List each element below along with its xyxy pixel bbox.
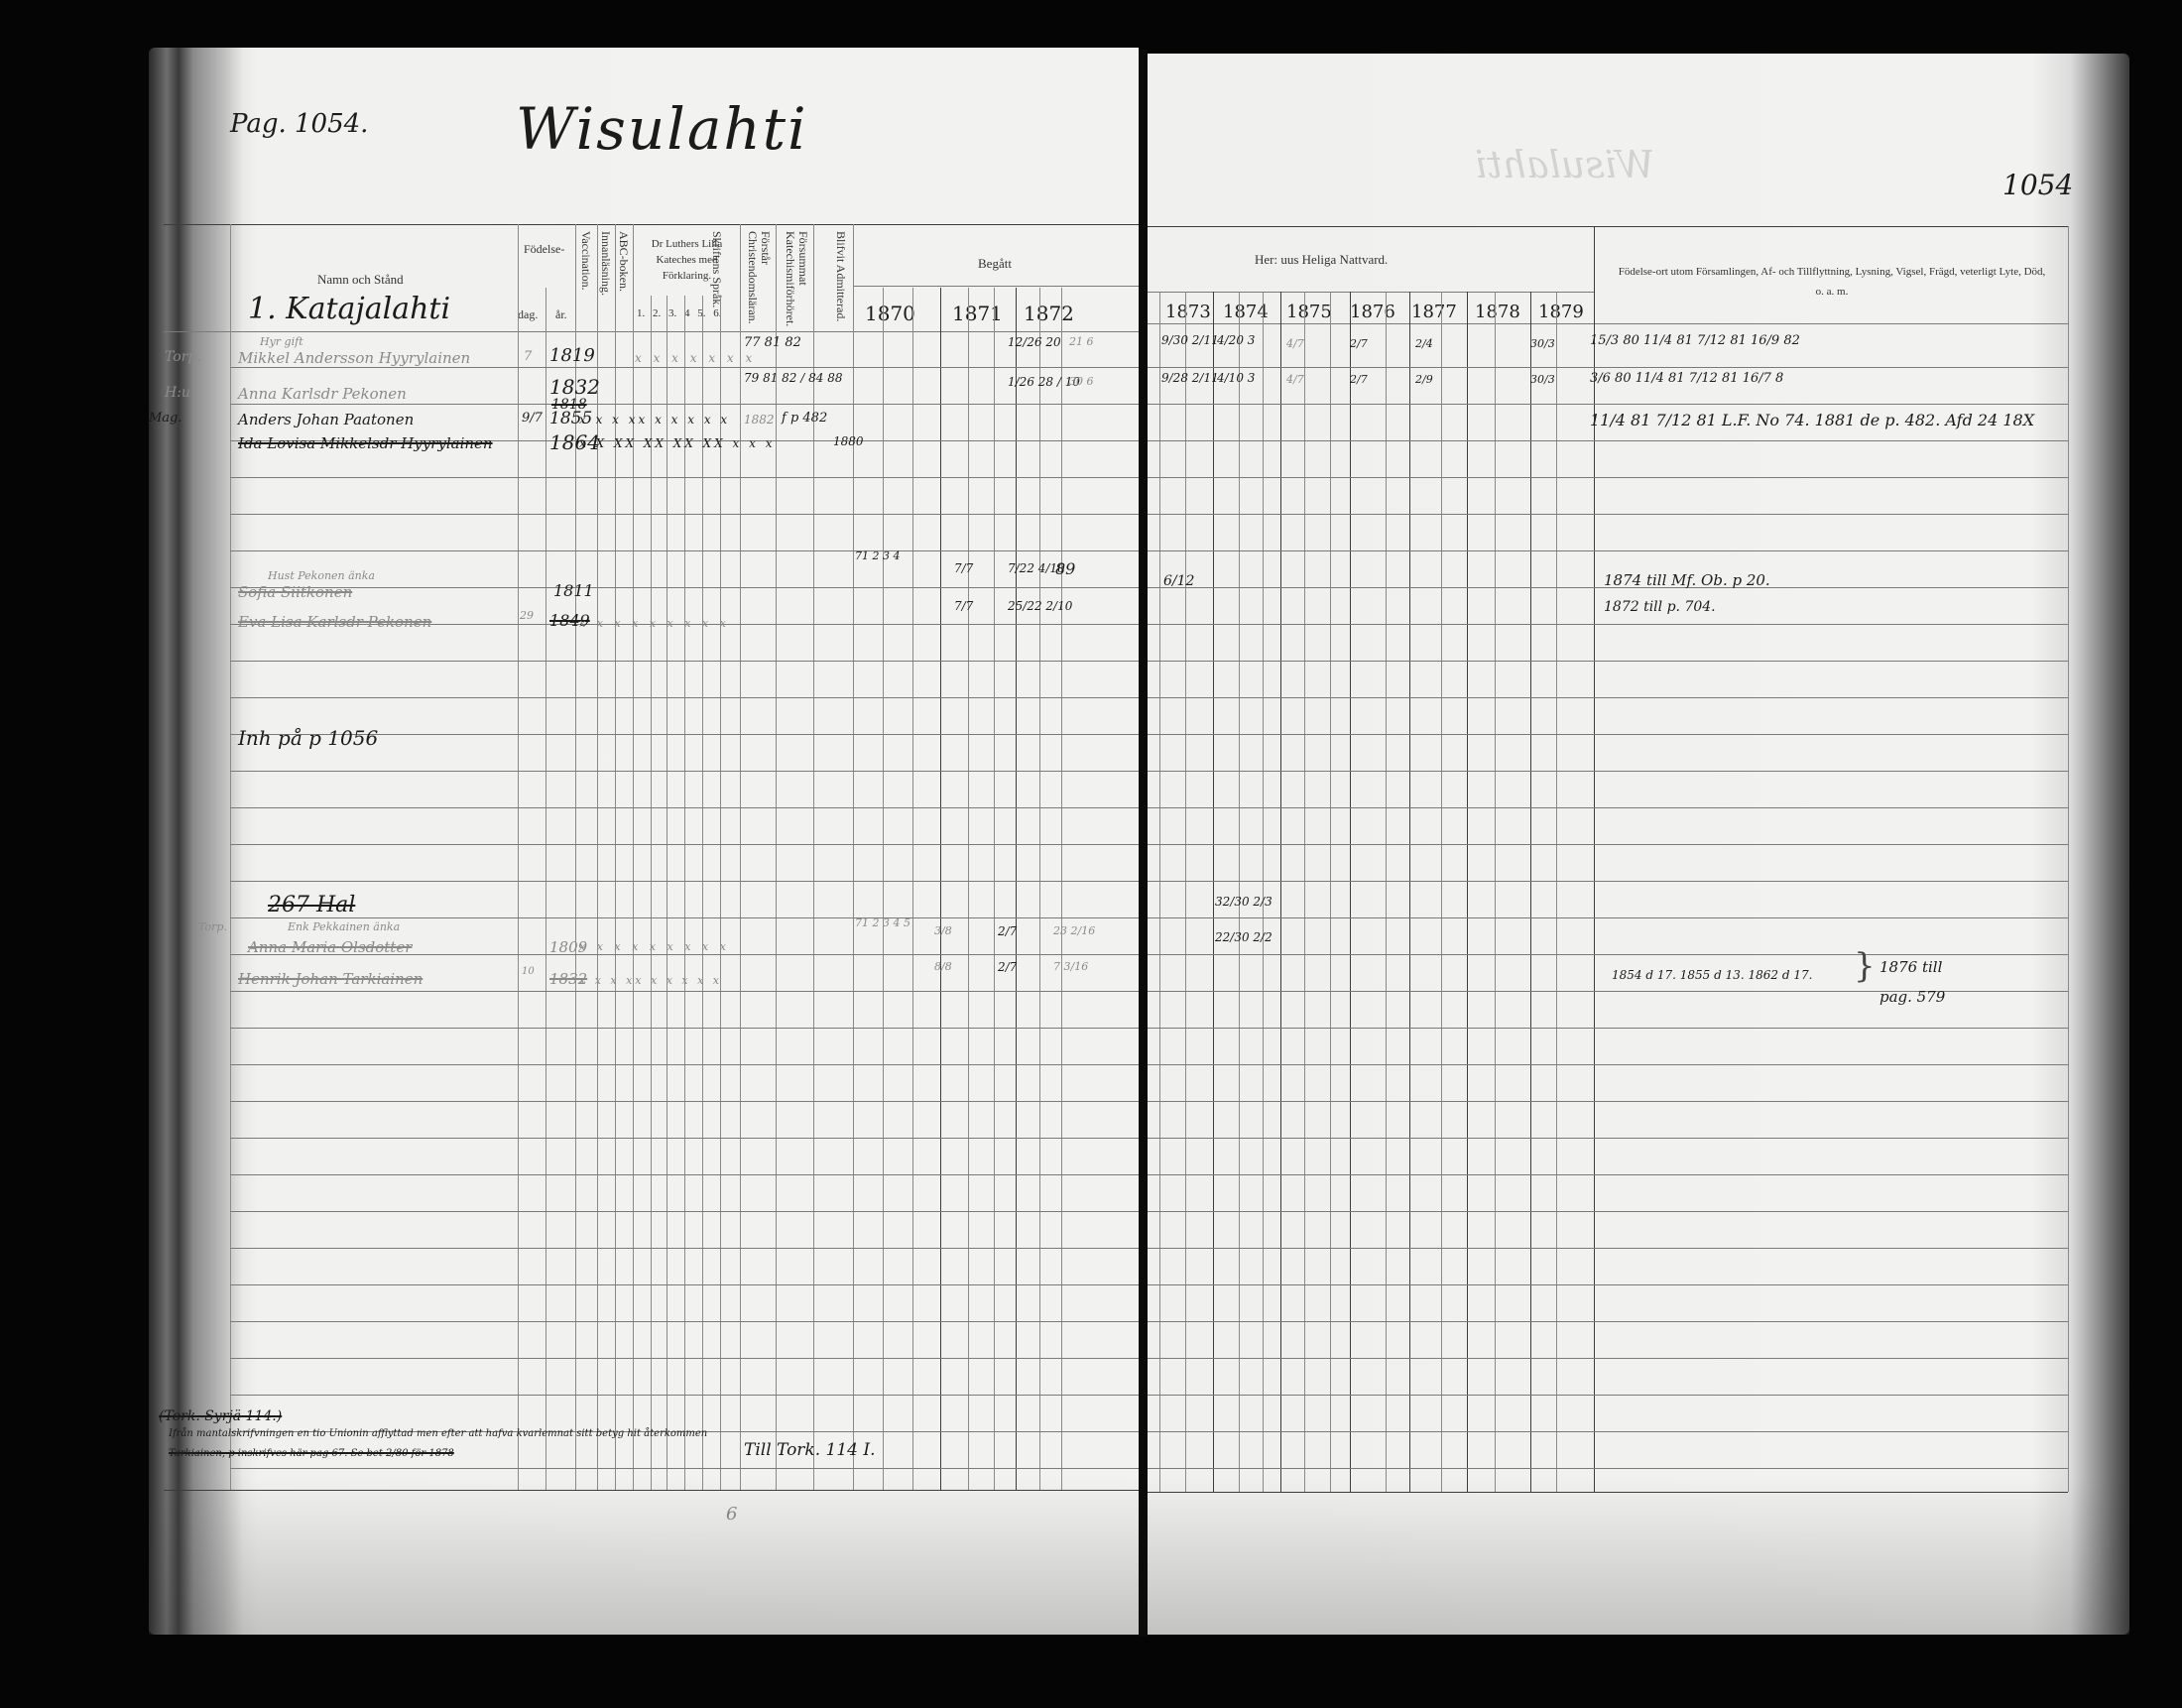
years-rule [853,286,1139,287]
birth-year: 1811 [553,581,594,600]
catechism-marks: x x x x x x x [635,351,756,365]
row-rule [230,1101,1139,1102]
year-1872: 1872 [1024,302,1074,325]
catechism-hearing: 71 2 3 4 5 [855,916,910,929]
row-rule [1148,661,2068,662]
year-1871: 1871 [952,302,1003,325]
communion-entry: 4/7 [1286,337,1304,350]
remark-entry: 1876 till pag. 579 [1879,952,1979,1012]
birth-year: 1819 [549,345,595,366]
footnote-text-struck: Tarkiainen, p inskrifves här pag 67. Se … [169,1448,454,1459]
struck-heading: 267 Hal [268,893,355,917]
row-rule [1148,1321,2068,1322]
col-rule [1159,292,1160,1492]
remark-entry: 15/3 80 11/4 81 7/12 81 16/9 82 [1590,333,1800,348]
row-rule [230,991,1139,992]
row-rule [1148,624,2068,625]
household-heading: 1. Katajalahti [248,292,450,326]
row-rule [1148,1211,2068,1212]
communion-entry: 4/10 3 [1217,371,1255,385]
catechism-marks: x X XX XX XX XX x x x [579,436,775,450]
col-rule [912,288,913,1490]
communion-entry: 30/3 [1530,337,1555,350]
col-rule [1350,292,1351,1492]
year-1870: 1870 [865,302,915,325]
row-rule [230,1468,1139,1469]
remark-entry: 3/6 80 11/4 81 7/12 81 16/7 8 [1590,371,1783,386]
communion-entry: 21 6 [1069,335,1094,348]
communion-entry: 12/26 20 [1008,335,1061,349]
header-bottom-rule [1148,323,2068,324]
book-spine [1139,50,1148,1637]
footnote-reference: Till Tork. 114 I. [744,1440,876,1460]
header-remarks: Födelse-ort utom Församlingen, Af- och T… [1614,262,2050,302]
communion-entry: 9/30 2/11 [1161,333,1219,347]
col-rule [994,288,995,1490]
right-register-page: Wisulahti 1054 Her: uus Heliga Nattvard.… [1148,54,2129,1635]
col-rule [702,296,703,1490]
col-rule [883,288,884,1490]
col-rule [1441,292,1442,1492]
row-rule [1148,1284,2068,1285]
header-catechism-parts: 1. 2. 3. 4 5. 6. [637,307,722,319]
right-page-number: 1054 [2002,169,2073,201]
communion-entry: 25/22 2/10 [1008,599,1072,613]
row-rule [230,367,1139,368]
col-rule [667,296,667,1490]
row-rule [230,844,1139,845]
communion-entry: 7/7 [954,599,973,613]
row-rule [230,807,1139,808]
person-name: Mikkel Andersson Hyyrylainen [238,349,470,367]
col-rule [545,288,546,1490]
col-rule [2068,226,2069,1492]
row-rule [230,1174,1139,1175]
year-1873: 1873 [1165,302,1211,322]
col-rule [1409,292,1410,1492]
header-birth-year: år. [555,307,567,322]
row-rule [1148,917,2068,918]
row-rule [1148,440,2068,441]
year-1879: 1879 [1538,302,1584,322]
remark-entry: 11/4 81 7/12 81 L.F. No 74. 1881 de p. 4… [1590,411,2034,429]
row-rule [1148,807,2068,808]
header-christianity: Förstår Christendomsläran. [744,231,772,325]
birth-day: 29 [520,609,534,622]
col-rule [1016,288,1017,1490]
header-top-rule [164,224,1139,225]
communion-entry: 2/9 [1415,373,1433,386]
footnote-struck-ref: (Tork. Syrjä 114.) [159,1408,282,1424]
row-title: H:u [165,385,190,401]
person-name-struck: Eva Lisa Karlsdr Pekonen [238,613,431,631]
col-rule [1239,292,1240,1492]
row-rule [1148,1468,2068,1469]
row-rule [1148,1064,2068,1065]
header-birth: Födelse- [524,242,564,257]
col-rule [1280,292,1281,1492]
row-rule [230,1284,1139,1285]
birth-year: 1832 [549,375,600,399]
row-rule [230,881,1139,882]
communion-entry: 30 6 [1069,375,1094,388]
row-rule [230,404,1139,405]
row-rule [1148,404,2068,405]
row-rule [230,1321,1139,1322]
catechism-hearing: 79 81 82 / 84 88 [744,371,842,385]
remark-entry: 1872 till p. 704. [1604,599,1716,615]
row-rule [230,1395,1139,1396]
row-rule [230,1138,1139,1139]
page-shadow [149,1476,1139,1635]
col-rule [1556,292,1557,1492]
row-rule [230,550,1139,551]
row-rule [230,661,1139,662]
row-rule [230,771,1139,772]
row-rule [1148,771,2068,772]
birth-day: 7 [524,349,532,364]
catechism-marks: x x x xx x x x x x [579,974,722,987]
header-birth-day: dag. [518,307,538,322]
header-communion: Her: uus Heliga Nattvard. [1255,252,1388,268]
remark-entry: 1874 till Mf. Ob. p 20. [1604,571,1770,589]
row-rule [1148,1101,2068,1102]
row-rule [230,514,1139,515]
row-rule [230,1248,1139,1249]
year-1874: 1874 [1223,302,1269,322]
footnote-text: Ifrån mantalskrifvningen en tio Unionin … [169,1428,707,1439]
remark-entry: 1854 d 17. 1855 d 13. 1862 d 17. [1612,968,1812,982]
communion-entry: 4/7 [1286,373,1304,386]
communion-entry: 22/30 2/2 [1215,930,1273,944]
years-rule [1148,292,1594,293]
row-rule [230,1358,1139,1359]
col-rule [1530,292,1531,1492]
col-rule [1263,292,1264,1492]
communion-entry: 2/7 [998,924,1017,938]
year-1875: 1875 [1286,302,1332,322]
person-name: Anders Johan Paatonen [238,411,414,428]
year-1877: 1877 [1411,302,1457,322]
brace-mark: } [1854,946,1876,986]
row-rule [1148,844,2068,845]
communion-entry: 8/8 [934,960,952,973]
christianity-understanding: 1882 [744,413,775,427]
birth-day: 10 [522,966,535,977]
col-rule [740,224,741,1490]
communion-entry: 9/28 2/11 [1161,371,1219,385]
col-rule [1495,292,1496,1492]
person-name-struck: Anna Maria Olsdotter [248,938,412,956]
row-rule [1148,367,2068,368]
col-rule [940,288,941,1490]
row-title: Torp. [165,349,201,365]
col-rule [1213,292,1214,1492]
year-1876: 1876 [1350,302,1395,322]
header-vaccination: Vaccination. [579,231,592,325]
communion-entry: 7/7 [954,561,973,575]
person-name-struck: Ida Lovisa Mikkelsdr Hyyrylainen [238,434,493,452]
cross-reference-note: Inh på p 1056 [238,726,378,750]
col-rule [1330,292,1331,1492]
page-label: Pag. 1054. [230,109,368,139]
communion-entry: 89 [1055,559,1075,578]
row-rule [1148,1028,2068,1029]
row-title: Mag. [149,411,182,426]
left-register-page: Pag. 1054. Wisulahti Namn och Stånd 1. K… [149,48,1139,1635]
col-rule [1304,292,1305,1492]
row-rule [1148,550,2068,551]
row-rule [230,1211,1139,1212]
header-name: Namn och Stånd [317,272,404,288]
col-rule [684,296,685,1490]
row-rule [230,477,1139,478]
communion-entry: 6/12 [1163,573,1194,589]
row-rule [1148,881,2068,882]
catechism-hearing: 77 81 82 [744,335,801,350]
col-rule [968,288,969,1490]
col-rule [1039,288,1040,1490]
header-scripture: Skriftens Språk. [710,231,723,325]
row-rule [1148,1431,2068,1432]
row-note: Hust Pekonen änka [268,569,375,582]
communion-entry: 2/7 [1350,337,1368,350]
row-rule [1148,514,2068,515]
row-rule [1148,1248,2068,1249]
communion-entry: 23 2/16 [1053,924,1095,937]
communion-entry: 32/30 2/3 [1215,895,1273,909]
communion-entry: 7 3/16 [1053,960,1088,973]
row-rule [1148,1358,2068,1359]
col-rule [1185,292,1186,1492]
header-abc-book: ABC-boken. [617,231,630,325]
row-rule [1148,477,2068,478]
col-rule [853,224,854,1490]
row-rule [1148,734,2068,735]
header-reading: Innanläsning. [599,231,612,325]
communion-entry: 2/7 [998,960,1017,974]
header-top-rule [1148,226,2068,227]
row-title: Torp. [198,920,227,933]
admitted-year: 1880 [833,434,864,448]
col-rule [1467,292,1468,1492]
header-catechism-hearing: Försummat Katechismiförhöret. [782,231,809,325]
col-rule [518,224,519,1490]
catechism-hearing: 71 2 3 4 [855,549,900,562]
row-rule [230,697,1139,698]
row-note: Enk Pekkainen änka [288,920,400,933]
row-rule [1148,697,2068,698]
catechism-marks: x x x x x x x x x [579,617,730,630]
header-admitted: Blifvit Admitterad. [819,231,847,325]
communion-entry: 2/7 [1350,373,1368,386]
row-rule [1148,1174,2068,1175]
col-rule [720,296,721,1490]
page-shadow [1148,1476,2129,1635]
header-communion-taken: Begått [978,256,1012,272]
row-rule [230,1064,1139,1065]
communion-entry: 30/3 [1530,373,1555,386]
village-title: Wisulahti [516,95,808,163]
row-note: Hyr gift [260,335,303,348]
row-rule [230,917,1139,918]
person-name-struck: Sofia Siitkonen [238,583,352,601]
communion-entry: 3/8 [934,924,952,937]
row-rule [1148,1138,2068,1139]
catechism-marks: x x x xx x x x x x [579,413,730,427]
row-rule [1148,1395,2068,1396]
catechism-hearing: f p 482 [782,411,827,426]
col-rule [651,296,652,1490]
bleed-through-title: Wisulahti [1475,143,1654,186]
row-rule [230,1028,1139,1029]
communion-entry: 2/4 [1415,337,1433,350]
year-1878: 1878 [1475,302,1520,322]
col-rule [776,224,777,1490]
birth-day: 9/7 [522,411,543,426]
communion-entry: 4/20 3 [1217,333,1255,347]
catechism-marks: x x x x x x x x x [579,940,730,953]
row-rule [230,587,1139,588]
col-rule [1061,288,1062,1490]
col-rule [1386,292,1387,1492]
left-margin-rule [230,224,231,1490]
person-name: Anna Karlsdr Pekonen [238,385,407,403]
person-name-struck: Henrik Johan Tarkiainen [238,970,423,988]
